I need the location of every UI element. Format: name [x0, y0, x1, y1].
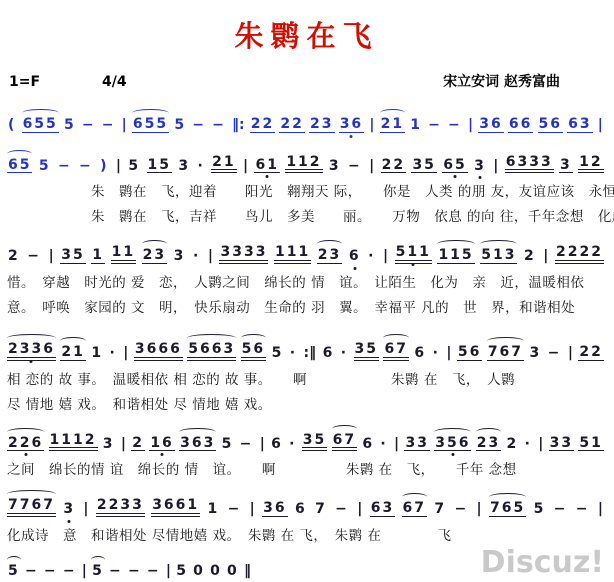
notation-line-6: 77673|223336611−|3667−|63677−|7655−−|: [5, 488, 608, 519]
note-token: 5: [271, 346, 285, 361]
note-token: 56: [241, 342, 266, 361]
score-systems: (6555−−|6555−−‖:22222336|211−−|36665663|…: [5, 107, 608, 581]
barline: ‖:: [231, 118, 246, 133]
note-token: 356: [434, 436, 471, 452]
note-token: 33: [404, 436, 429, 452]
note-token: 3: [177, 159, 191, 174]
barline: |: [48, 249, 55, 264]
note-token: 7: [433, 502, 447, 517]
time-signature: 4/4: [102, 74, 127, 90]
note-token: 35: [354, 342, 379, 361]
note-token: ): [99, 159, 109, 174]
barline: |: [476, 502, 483, 517]
note-token: 112: [285, 155, 322, 174]
note-token: 3: [173, 249, 187, 264]
note-token: ·: [524, 437, 533, 452]
note-token: −: [239, 437, 255, 452]
note-token: 23: [309, 117, 334, 133]
barline: |: [165, 564, 172, 579]
note-token: 36: [262, 501, 287, 517]
note-token: 0: [226, 564, 240, 579]
note-token: 3: [102, 437, 116, 452]
note-token: 6: [413, 346, 427, 361]
note-token: 1: [90, 346, 104, 361]
notation-line-5: 22611123|2163635−|6·35676·|33356232·|335…: [5, 423, 608, 454]
note-token: 51: [578, 436, 603, 452]
note-token: 1: [207, 502, 221, 517]
note-token: 36: [339, 117, 364, 133]
note-token: ·: [192, 249, 201, 264]
note-token: 67: [383, 342, 408, 361]
note-token: ·: [340, 346, 349, 361]
note-token: 3: [328, 159, 342, 174]
note-token: −: [43, 564, 59, 579]
note-token: −: [26, 249, 42, 264]
sheet-music-page: 朱鹮在飞 1=F 4/4 宋立安词 赵秀富曲 (6555−−|6555−−‖:2…: [0, 0, 614, 581]
note-token: 5: [91, 564, 105, 579]
note-token: −: [575, 502, 591, 517]
note-token: 111: [274, 245, 311, 264]
note-token: 511: [395, 245, 432, 264]
barline: |: [356, 502, 363, 517]
barline: :‖: [303, 346, 318, 361]
note-token: −: [127, 564, 143, 579]
note-token: 765: [489, 501, 526, 517]
note-token: −: [334, 502, 350, 517]
note-token: 3: [62, 502, 76, 517]
note-token: 363: [179, 436, 216, 452]
barline: |: [492, 159, 499, 174]
note-token: 36: [478, 117, 503, 133]
lyrics-line-3-1: 惜。 穿越 时光的 爱 恋， 人鹮之间 绵长的 情 谊。 让陌生 化为 亲 近，…: [5, 271, 608, 291]
meta-row: 1=F 4/4 宋立安词 赵秀富曲: [5, 71, 608, 91]
note-token: ·: [288, 437, 297, 452]
barline: ‖: [243, 564, 252, 579]
note-token: −: [101, 118, 117, 133]
note-token: 6333: [505, 155, 554, 174]
note-token: −: [211, 118, 227, 133]
note-token: 5: [175, 564, 189, 579]
note-token: 6: [270, 437, 284, 452]
note-token: 65: [7, 158, 32, 174]
note-token: 35: [60, 248, 85, 264]
system-2: 655−−)|5153·21|611123−|2235653|6333312 朱…: [5, 145, 608, 226]
note-token: 21: [211, 155, 236, 174]
note-token: 115: [437, 248, 474, 264]
note-token: 67: [332, 433, 357, 452]
barline: |: [467, 118, 474, 133]
note-token: 15: [147, 158, 172, 174]
note-token: −: [427, 118, 443, 133]
note-token: −: [62, 564, 78, 579]
barline: |: [445, 346, 452, 361]
barline: |: [567, 346, 574, 361]
note-token: 23: [476, 436, 501, 452]
note-token: 5: [173, 118, 187, 133]
note-token: −: [553, 502, 569, 517]
note-token: 5: [7, 564, 21, 579]
lyrics-line-4-2: 尽 情地 嬉 戏。 和谐相处 尽 情地 嬉 戏。: [5, 393, 608, 413]
note-token: 7: [314, 502, 328, 517]
lyrics-line-3-2: 意。 呼唤 家园的 文 明， 快乐扇动 生命的 羽 翼。 幸福平 凡的 世 界，…: [5, 296, 608, 316]
note-token: 6: [361, 437, 375, 452]
key-signature: 1=F: [9, 74, 40, 90]
note-token: ·: [379, 437, 388, 452]
note-token: 5: [127, 159, 141, 174]
note-token: 5: [38, 159, 52, 174]
note-token: −: [227, 502, 243, 517]
note-token: −: [81, 118, 97, 133]
barline: |: [242, 159, 249, 174]
note-token: 22: [279, 117, 304, 133]
note-token: ·: [289, 346, 298, 361]
note-token: 6: [294, 502, 308, 517]
note-token: 12: [578, 155, 603, 174]
note-token: 33: [549, 436, 574, 452]
barline: |: [249, 502, 256, 517]
note-token: 3: [559, 158, 573, 174]
barline: |: [121, 118, 128, 133]
note-token: 5: [63, 118, 77, 133]
system-4: 2336211·|36665663565·:‖6·35676·|567673−|…: [5, 332, 608, 413]
note-token: ·: [367, 249, 376, 264]
note-token: 513: [480, 248, 517, 264]
note-token: −: [453, 502, 469, 517]
note-token: ·: [196, 159, 205, 174]
note-token: −: [191, 118, 207, 133]
lyrics-line-2-2: 朱 鹮在 飞，吉祥 鸟儿 多美 丽。 万物 依息 的向 往，千年念想 化成诗: [5, 205, 608, 225]
note-token: −: [447, 118, 463, 133]
barline: |: [81, 564, 88, 579]
note-token: 11: [111, 245, 136, 264]
note-token: 2: [7, 249, 21, 264]
note-token: 65: [442, 158, 467, 174]
note-token: 2336: [7, 342, 56, 361]
barline: |: [368, 118, 375, 133]
note-token: 16: [149, 436, 174, 452]
barline: |: [393, 437, 400, 452]
note-token: 3661: [151, 498, 200, 517]
note-token: 22: [250, 117, 275, 133]
note-token: 226: [7, 436, 44, 452]
note-token: 0: [209, 564, 223, 579]
note-token: 655: [132, 117, 169, 133]
note-token: 655: [22, 117, 59, 133]
note-token: 5: [533, 502, 547, 517]
note-token: −: [146, 564, 162, 579]
note-token: 22: [381, 158, 406, 174]
note-token: 67: [402, 501, 427, 517]
note-token: 23: [142, 248, 167, 264]
barline: |: [120, 437, 127, 452]
note-token: −: [347, 159, 363, 174]
barline: |: [115, 159, 122, 174]
note-token: 2: [523, 249, 537, 264]
notation-line-2: 655−−)|5153·21|611123−|2235653|6333312: [5, 145, 608, 176]
note-token: 21: [380, 117, 405, 133]
note-token: 66: [508, 117, 533, 133]
note-token: 3333: [219, 245, 268, 264]
notation-line-7: 5−−−|5−−−|5000‖: [5, 554, 256, 581]
system-6: 77673|223336611−|3667−|63677−|7655−−|化成诗…: [5, 488, 608, 544]
barline: |: [207, 249, 214, 264]
discuz-watermark: Discuz!: [481, 545, 604, 580]
note-token: 6: [348, 249, 362, 264]
note-token: 22: [578, 345, 603, 361]
note-token: 63: [370, 501, 395, 517]
note-token: 35: [411, 158, 436, 174]
note-token: 2: [131, 436, 145, 452]
barline: |: [382, 249, 389, 264]
barline: |: [259, 437, 266, 452]
barline: |: [122, 346, 129, 361]
note-token: −: [57, 159, 73, 174]
barline: |: [82, 502, 89, 517]
note-token: 3666: [134, 342, 183, 361]
note-token: 56: [457, 345, 482, 361]
note-token: −: [78, 159, 94, 174]
note-token: 2222: [555, 245, 604, 264]
lyrics-line-5-1: 之间 绵长的情 谊 绵长的 情 谊。 啊 朱鹮 在 飞， 千年 念想: [5, 458, 608, 478]
lyrics-line-4-1: 相 恋的 故 事。 温暖相依 相 恋的 故 事。 啊 朱鹮 在 飞， 人鹮: [5, 368, 608, 388]
note-token: 2233: [96, 498, 145, 517]
note-token: 1: [91, 248, 105, 264]
note-token: 56: [538, 117, 563, 133]
note-token: 3: [528, 346, 542, 361]
notation-line-1: (6555−−|6555−−‖:22222336|211−−|36665663|: [5, 107, 608, 135]
note-token: 35: [302, 433, 327, 452]
barline: |: [597, 118, 604, 133]
system-5: 22611123|2163635−|6·35676·|33356232·|335…: [5, 423, 608, 479]
note-token: 63: [567, 117, 592, 133]
system-3: 2−|35111233·|3333111236·|5111155132|2222…: [5, 235, 608, 316]
note-token: 3: [473, 159, 487, 174]
note-token: 6: [322, 346, 336, 361]
barline: |: [537, 437, 544, 452]
note-token: 767: [487, 345, 524, 361]
note-token: 23: [317, 248, 342, 264]
song-title: 朱鹮在飞: [5, 14, 608, 55]
barline: |: [597, 502, 604, 517]
notation-line-3: 2−|35111233·|3333111236·|5111155132|2222: [5, 235, 608, 266]
note-token: 1: [409, 118, 423, 133]
note-token: (: [7, 118, 17, 133]
note-token: 7767: [7, 498, 56, 517]
notation-line-4: 2336211·|36665663565·:‖6·35676·|567673−|…: [5, 332, 608, 363]
note-token: −: [547, 346, 563, 361]
note-token: −: [24, 564, 40, 579]
barline: |: [368, 159, 375, 174]
note-token: −: [108, 564, 124, 579]
lyrics-line-6-1: 化成诗 意 和谐相处 尽情地嬉 戏。 朱鹮 在 飞， 朱鹮 在 飞: [5, 524, 608, 544]
note-token: 5663: [187, 342, 236, 361]
note-token: ·: [109, 346, 118, 361]
note-token: 1112: [49, 433, 98, 452]
note-token: 0: [192, 564, 206, 579]
barline: |: [542, 249, 549, 264]
lyrics-line-2-1: 朱 鹮在 飞，迎着 阳光 翱翔天 际， 你是 人类 的朋 友，友谊应该 永恒珍: [5, 180, 608, 200]
note-token: 5: [221, 437, 235, 452]
composer-credits: 宋立安词 赵秀富曲: [443, 71, 604, 91]
note-token: ·: [432, 346, 441, 361]
note-token: 21: [60, 345, 85, 361]
note-token: 61: [254, 158, 279, 174]
system-1: (6555−−|6555−−‖:22222336|211−−|36665663|: [5, 107, 608, 135]
note-token: 2: [506, 437, 520, 452]
